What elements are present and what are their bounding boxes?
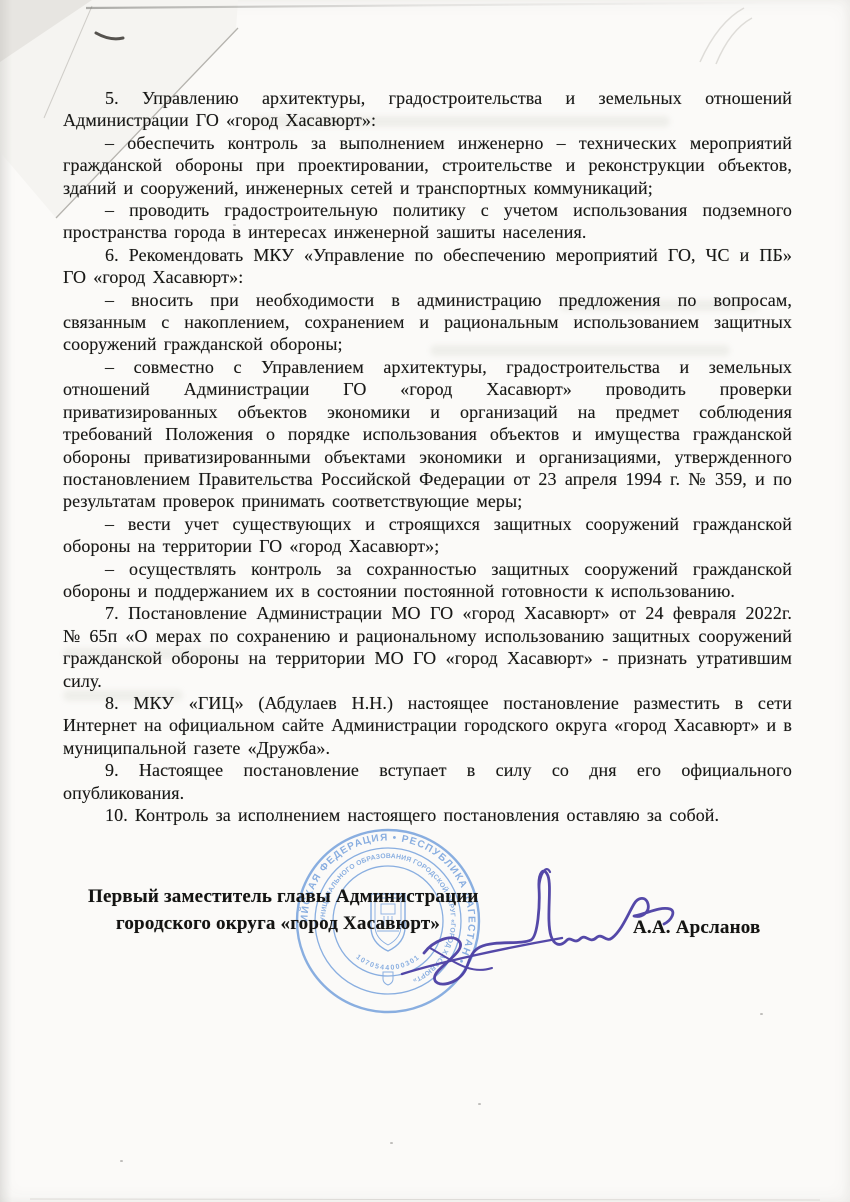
dust-speck (760, 1013, 763, 1015)
signature-title-line-2: городского округа «город Хасавюрт» (116, 913, 440, 935)
signature-understroke (402, 938, 562, 974)
paragraph-5: 5. Управлению архитектуры, градостроител… (63, 87, 792, 132)
dust-speck (478, 1103, 481, 1105)
signature-main-stroke (424, 871, 673, 984)
paragraph-8: 8. МКУ «ГИЦ» (Абдулаев Н.Н.) настоящее п… (63, 692, 792, 759)
stamp-small-shield (383, 972, 393, 985)
paragraph-6-item-1: – вносить при необходимости в администра… (63, 289, 792, 356)
paragraph-7: 7. Постановление Администрации МО ГО «го… (63, 602, 792, 692)
dust-speck (390, 1142, 393, 1144)
scanned-document-page: 5. Управлению архитектуры, градостроител… (0, 0, 850, 1202)
paragraph-9: 9. Настоящее постановление вступает в си… (63, 759, 792, 804)
dust-speck (120, 1160, 123, 1162)
top-right-crease (700, 8, 752, 64)
paragraph-10: 10. Контроль за исполнением настоящего п… (63, 804, 792, 826)
paragraph-6-item-3: – вести учет существующих и строящихся з… (63, 513, 792, 558)
paragraph-6: 6. Рекомендовать МКУ «Управление по обес… (63, 244, 792, 289)
paragraph-5-item-2: – проводить градостроительную политику с… (63, 199, 792, 244)
scan-bottom-edge-line (30, 1199, 820, 1200)
paragraph-5-item-1: – обеспечить контроль за выполнением инж… (63, 132, 792, 199)
handwritten-signature (395, 850, 680, 1010)
paragraph-6-item-4: – осуществлять контроль за сохранностью … (63, 558, 792, 603)
left-edge-shading (0, 0, 12, 1202)
paragraph-6-item-2: – совместно с Управлением архитектуры, г… (63, 356, 792, 513)
document-body: 5. Управлению архитектуры, градостроител… (63, 87, 792, 826)
